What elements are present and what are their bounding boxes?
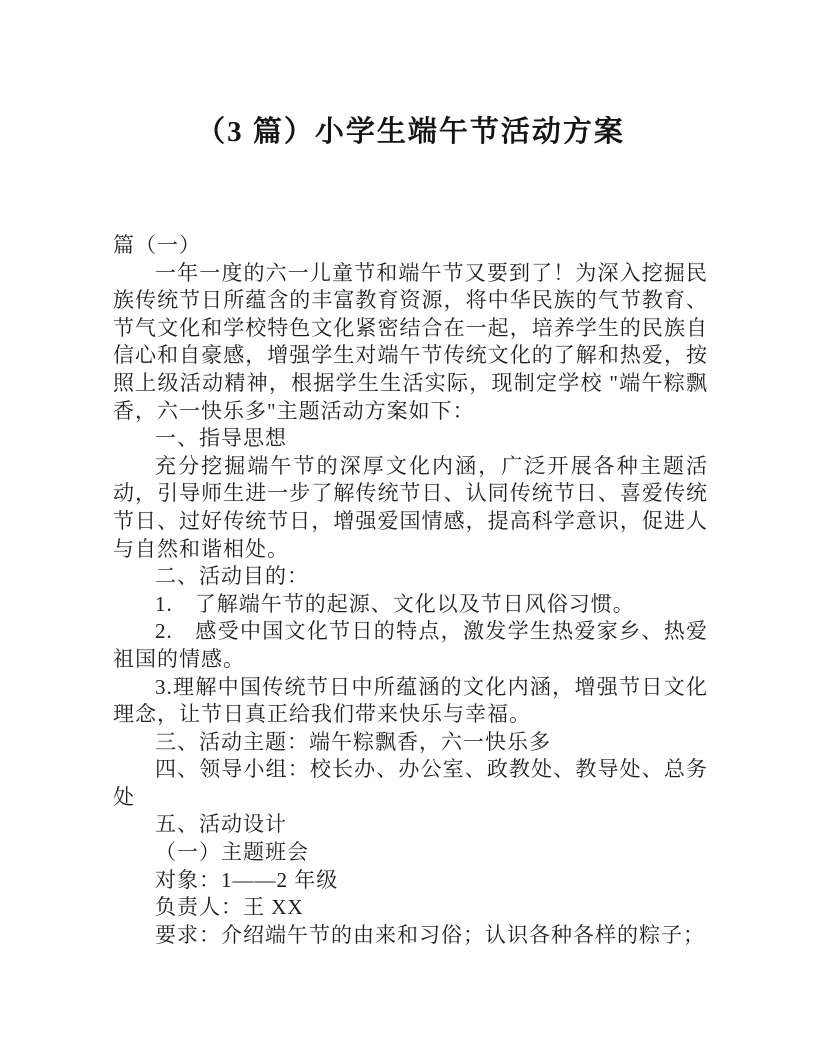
list-item-2: 2. 感受中国文化节日的特点，激发学生热爱家乡、热爱祖国的情感。 xyxy=(113,618,708,673)
heading-leading-group: 四、领导小组：校长办、办公室、政教处、教导处、总务处 xyxy=(113,756,708,811)
heading-activity-theme: 三、活动主题：端午粽飘香，六一快乐多 xyxy=(113,729,708,757)
document-body: 篇（一） 一年一度的六一儿童节和端午节又要到了！为深入挖掘民族传统节日所蕴含的丰… xyxy=(113,232,708,949)
paragraph-guiding-ideology: 充分挖掘端午节的深厚文化内涵，广泛开展各种主题活动，引导师生进一步了解传统节日、… xyxy=(113,453,708,563)
line-person-in-charge: 负责人：王 XX xyxy=(113,894,708,922)
document-title: （3 篇）小学生端午节活动方案 xyxy=(113,110,708,154)
paragraph-intro: 一年一度的六一儿童节和端午节又要到了！为深入挖掘民族传统节日所蕴含的丰富教育资源… xyxy=(113,260,708,426)
section-heading: 篇（一） xyxy=(113,232,708,260)
list-item-3: 3.理解中国传统节日中所蕴涵的文化内涵，增强节日文化理念，让节日真正给我们带来快… xyxy=(113,674,708,729)
list-item-1: 1. 了解端午节的起源、文化以及节日风俗习惯。 xyxy=(113,591,708,619)
heading-activity-purpose: 二、活动目的： xyxy=(113,563,708,591)
heading-guiding-ideology: 一、指导思想 xyxy=(113,425,708,453)
line-target-grades: 对象：1——2 年级 xyxy=(113,867,708,895)
line-requirements: 要求：介绍端午节的由来和习俗；认识各种各样的粽子； xyxy=(113,922,708,950)
subheading-theme-class-meeting: （一）主题班会 xyxy=(113,839,708,867)
document-page: （3 篇）小学生端午节活动方案 篇（一） 一年一度的六一儿童节和端午节又要到了！… xyxy=(0,0,816,1056)
heading-activity-design: 五、活动设计 xyxy=(113,811,708,839)
